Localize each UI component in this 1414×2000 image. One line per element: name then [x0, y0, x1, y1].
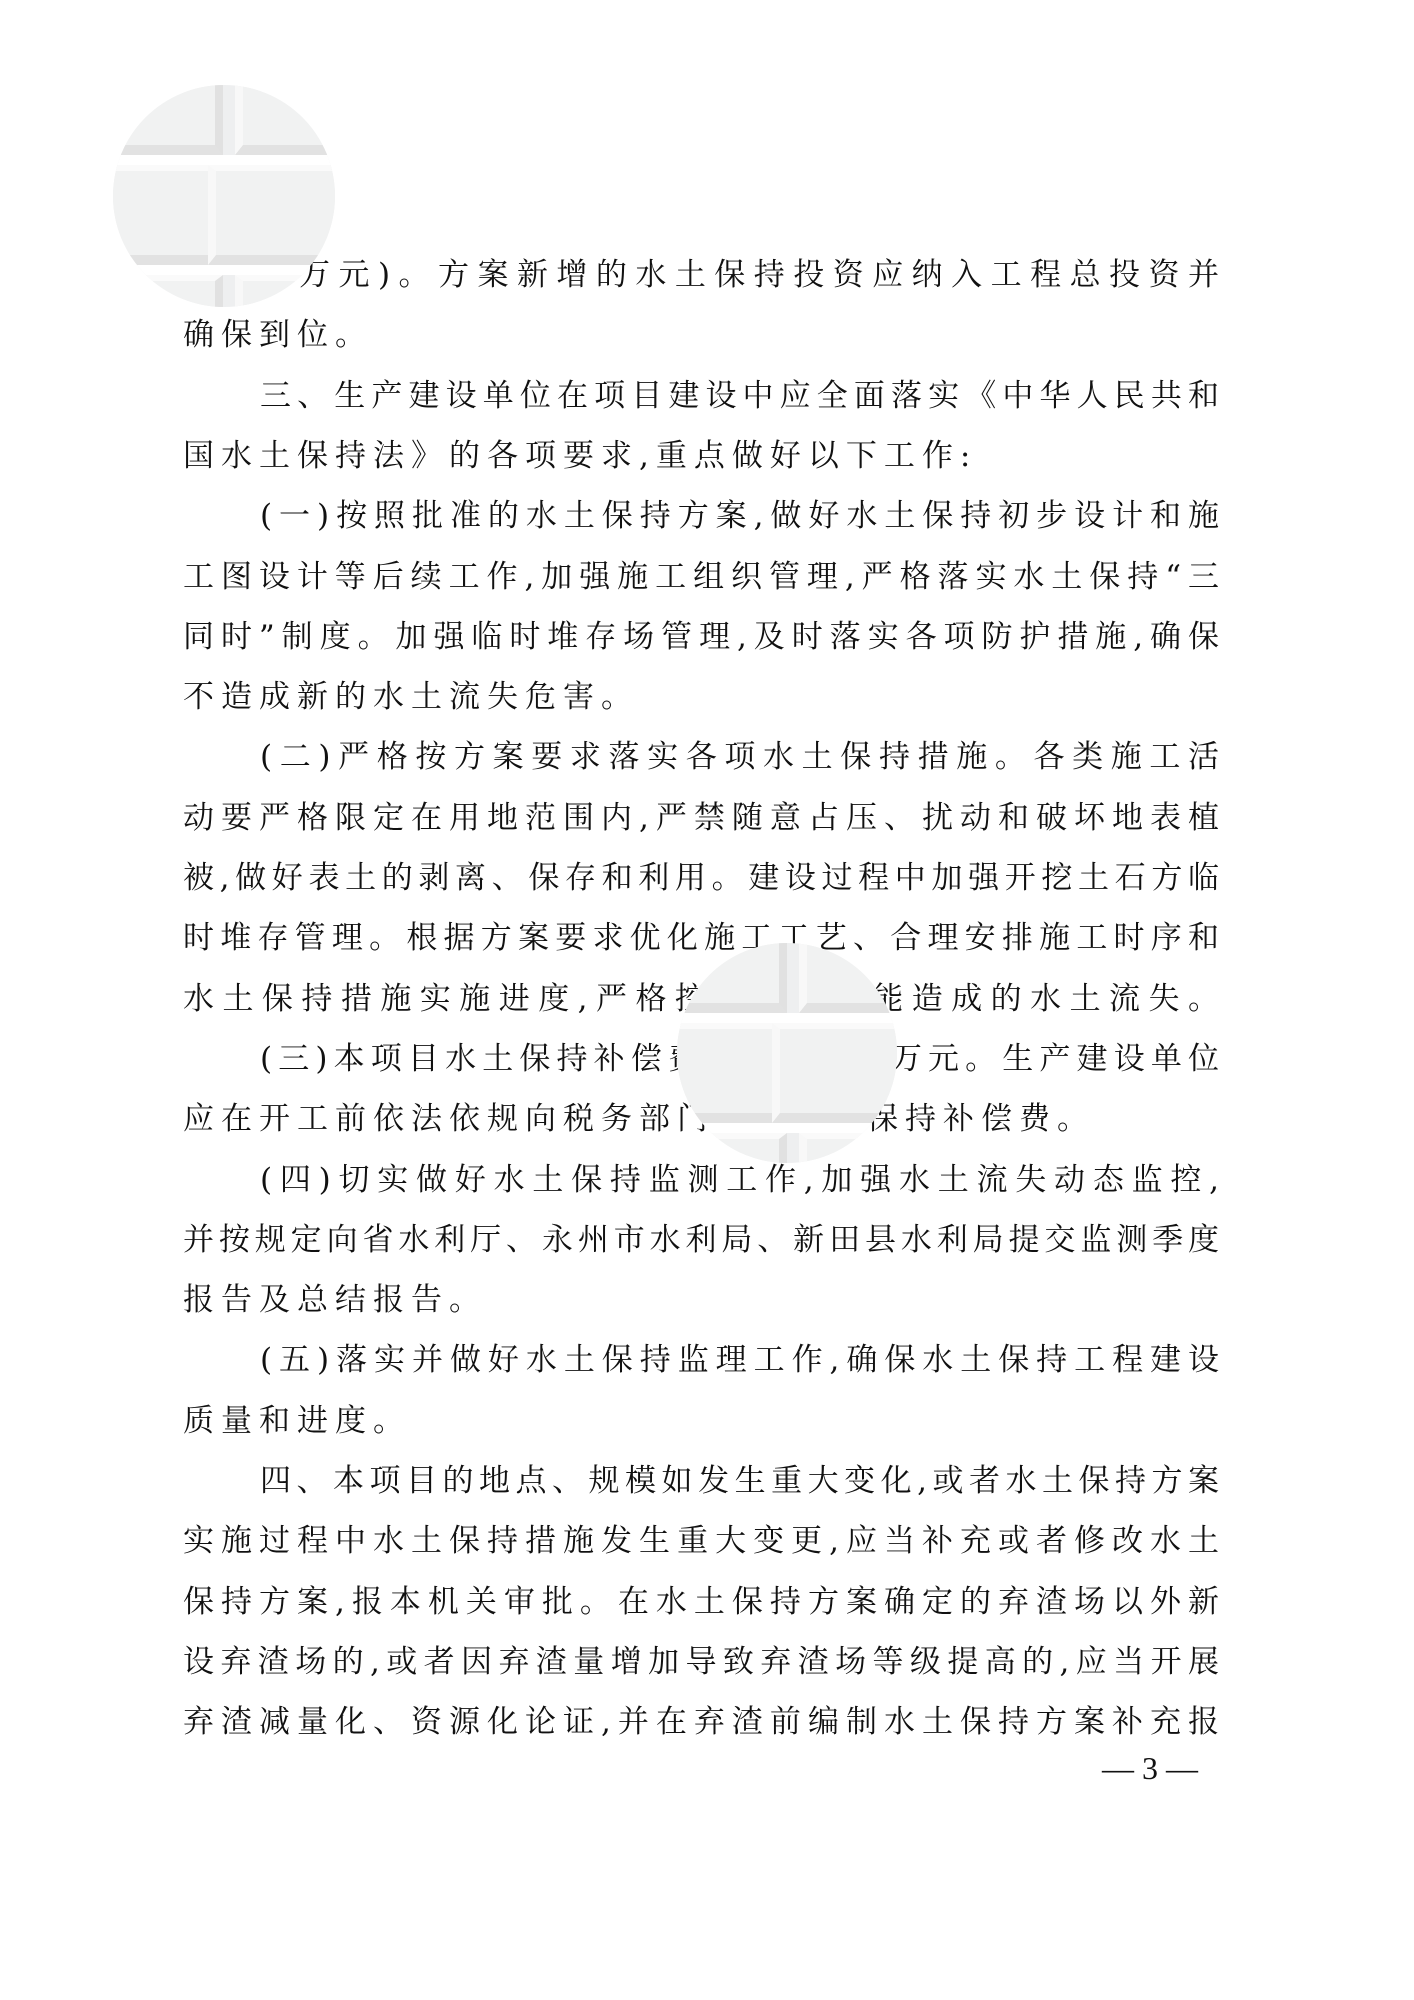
brick-wall-watermark-center: [677, 943, 897, 1163]
brick-wall-watermark-top-left: [113, 85, 335, 307]
text-line: (二)严格按方案要求落实各项水土保持措施。各类施工活: [260, 727, 1221, 787]
text-line: (一)按照批准的水土保持方案,做好水土保持初步设计和施: [260, 486, 1221, 546]
text-line: 四、本项目的地点、规模如发生重大变化,或者水土保持方案: [260, 1451, 1221, 1511]
text-line: 确保到位。: [183, 305, 1221, 365]
brick-shape: [677, 943, 787, 1013]
text-line: 万元)。方案新增的水土保持投资应纳入工程总投资并: [299, 245, 1221, 305]
text-line: 同时”制度。加强临时堆存场管理,及时落实各项防护措施,确保: [183, 607, 1221, 667]
text-line: 保持方案,报本机关审批。在水土保持方案确定的弃渣场以外新: [183, 1572, 1221, 1632]
text-line: 被,做好表土的剥离、保存和利用。建设过程中加强开挖土石方临: [183, 848, 1221, 908]
brick-shape: [235, 85, 335, 155]
text-line: 三、生产建设单位在项目建设中应全面落实《中华人民共和: [260, 366, 1221, 426]
text-line: 弃渣减量化、资源化论证,并在弃渣前编制水土保持方案补充报: [183, 1692, 1221, 1752]
text-line: 动要严格限定在用地范围内,严禁随意占压、扰动和破坏地表植: [183, 788, 1221, 848]
mortar-line: [113, 265, 335, 275]
mortar-line: [113, 155, 335, 165]
text-line: 并按规定向省水利厅、永州市水利局、新田县水利局提交监测季度: [183, 1210, 1221, 1270]
text-line: 报告及总结报告。: [183, 1270, 1221, 1330]
document-page: 万元)。方案新增的水土保持投资应纳入工程总投资并确保到位。三、生产建设单位在项目…: [0, 0, 1414, 2000]
mortar-line: [677, 1123, 897, 1133]
text-line: 不造成新的水土流失危害。: [183, 667, 1221, 727]
text-line: 设弃渣场的,或者因弃渣量增加导致弃渣场等级提高的,应当开展: [183, 1632, 1221, 1692]
text-line: 实施过程中水土保持措施发生重大变更,应当补充或者修改水土: [183, 1511, 1221, 1571]
brick-shape: [799, 1133, 897, 1163]
page-number: — 3 —: [1080, 1746, 1220, 1790]
brick-shape: [113, 85, 223, 155]
brick-shape: [113, 275, 223, 307]
brick-shape: [677, 1133, 787, 1163]
text-line: 工图设计等后续工作,加强施工组织管理,严格落实水土保持“三: [183, 547, 1221, 607]
text-line: 国水土保持法》的各项要求,重点做好以下工作:: [183, 426, 1221, 486]
brick-shape: [772, 1023, 897, 1123]
mortar-line: [677, 1013, 897, 1023]
text-line: (五)落实并做好水土保持监理工作,确保水土保持工程建设: [260, 1330, 1221, 1390]
brick-shape: [799, 943, 897, 1013]
brick-shape: [235, 275, 335, 307]
brick-shape: [208, 165, 335, 265]
text-line: 质量和进度。: [183, 1391, 1221, 1451]
